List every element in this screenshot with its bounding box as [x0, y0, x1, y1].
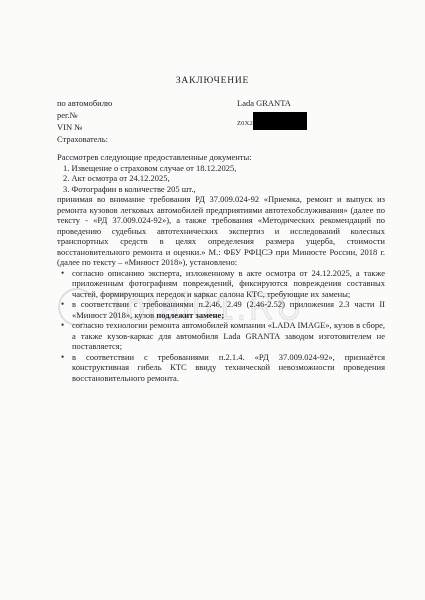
finding-text: в соответствии с требованиями п.2.46, 2.… [72, 299, 385, 320]
document-title: ЗАКЛЮЧЕНИЕ [0, 76, 425, 86]
header-labels: по автомобилю рег.№ VIN № Страхователь: [57, 97, 112, 145]
vehicle-model-value: Lada GRANTA [237, 98, 291, 108]
findings-list: •согласно описанию эксперта, изложенному… [57, 268, 385, 384]
finding-item: •в соответствии с требованиями п.2.46, 2… [57, 299, 385, 320]
bullet-icon: • [61, 299, 64, 310]
vin-redaction-box [253, 112, 307, 130]
document-body: Рассмотрев следующие предоставленные док… [57, 152, 385, 383]
bullet-icon: • [61, 268, 64, 279]
vehicle-label: по автомобилю [57, 97, 112, 109]
finding-item: •в соответствии с требованиями п.2.1.4. … [57, 352, 385, 384]
document-list: 1. Извещение о страховом случае от 18.12… [57, 163, 385, 195]
finding-text: согласно технологии ремонта автомобилей … [72, 320, 385, 351]
scanned-document-page: Total01.RU ЗАКЛЮЧЕНИЕ по автомобилю рег.… [0, 0, 425, 600]
finding-text: согласно описанию эксперта, изложенному … [72, 268, 385, 299]
finding-text: в соответствии с требованиями п.2.1.4. «… [72, 352, 385, 383]
bullet-icon: • [61, 320, 64, 331]
vin-label: VIN № [57, 121, 112, 133]
list-item: 3. Фотографии в количестве 205 шт., [57, 184, 385, 195]
bullet-icon: • [61, 352, 64, 363]
intro-text: Рассмотрев следующие предоставленные док… [57, 152, 385, 163]
reg-number-label: рег.№ [57, 109, 112, 121]
vin-value-prefix: Z0X2 [237, 120, 253, 127]
finding-item: •согласно технологии ремонта автомобилей… [57, 320, 385, 352]
list-item: 1. Извещение о страховом случае от 18.12… [57, 163, 385, 174]
insured-label: Страхователь: [57, 133, 112, 145]
finding-item: •согласно описанию эксперта, изложенному… [57, 268, 385, 300]
list-item: 2. Акт осмотра от 24.12.2025, [57, 173, 385, 184]
body-paragraph: принимая во внимание требования РД 37.00… [57, 194, 385, 268]
